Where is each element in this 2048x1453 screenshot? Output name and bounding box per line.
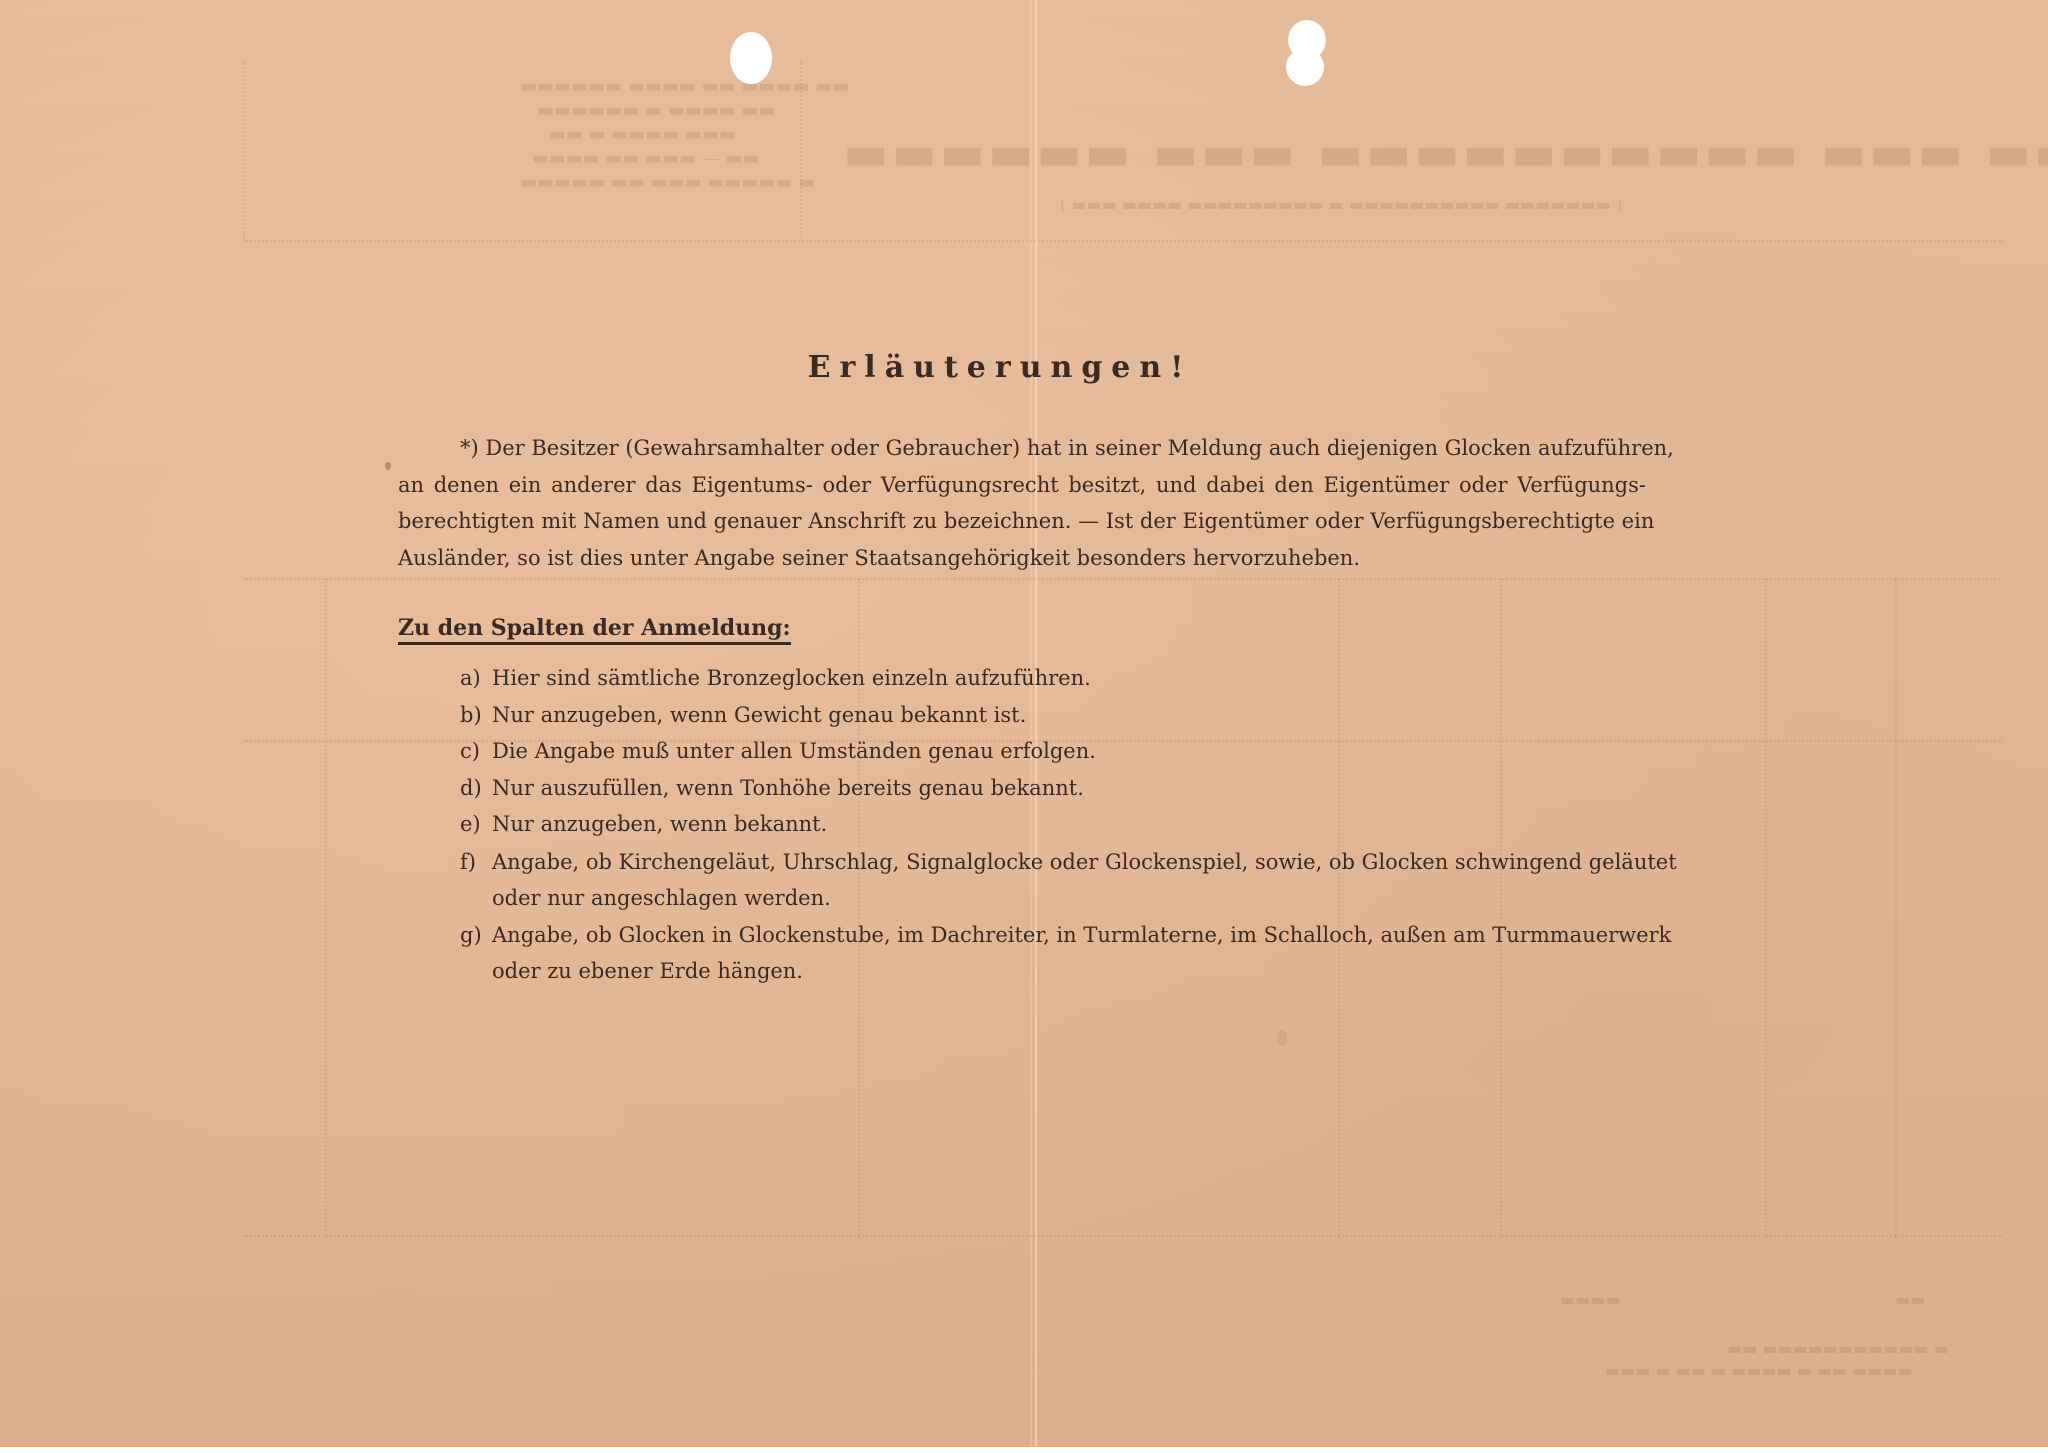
list-item-text: Nur auszufüllen, wenn Tonhöhe bereits ge… — [492, 776, 1084, 800]
list-item: c)Die Angabe muß unter allen Umständen g… — [460, 739, 1096, 763]
bleed-through-header: ▬▬▬▬▬▬ ▬▬▬ ▬▬▬▬▬▬▬▬▬▬ ▬▬▬ ▬▬▬▬▬▬ — [840, 125, 2048, 181]
list-item-label: f) — [460, 850, 492, 874]
bleed-through-footer: ▬▬▬▬ ▬▬ — [1560, 1290, 1925, 1309]
paper-sheet: ▬▬▬▬▬▬ ▬▬▬ ▬▬▬▬▬▬▬▬▬▬ ▬▬▬ ▬▬▬▬▬▬ ( ▬▬▬ ▬… — [0, 0, 2048, 1447]
bleed-through-rule — [1895, 578, 1897, 1238]
paragraph-line: Ausländer, so ist dies unter Angabe sein… — [398, 546, 1646, 570]
bleed-through-rule — [1765, 578, 1767, 1238]
list-item: a)Hier sind sämtliche Bronzeglocken einz… — [460, 666, 1091, 690]
bleed-through-subtitle: ( ▬▬▬ ▬▬▬▬ ▬▬▬▬▬▬▬▬▬ ▬ ▬▬▬▬▬▬▬▬▬▬ ▬▬▬▬▬▬… — [1060, 195, 1622, 214]
list-item-label: e) — [460, 812, 492, 836]
list-item: b)Nur anzugeben, wenn Gewicht genau beka… — [460, 703, 1026, 727]
list-item-label: a) — [460, 666, 492, 690]
punch-hole — [730, 32, 772, 84]
paragraph-line: *) Der Besitzer (Gewahrsamhalter oder Ge… — [460, 436, 1646, 460]
bleed-through-rule — [243, 240, 2003, 242]
fold-crease — [1035, 0, 1037, 1447]
paper-stain — [1277, 1030, 1287, 1046]
list-item-text: Nur anzugeben, wenn Gewicht genau bekann… — [492, 703, 1026, 727]
list-item-text: Angabe, ob Glocken in Glockenstube, im D… — [492, 923, 1645, 947]
bleed-through-rule — [243, 1235, 2003, 1237]
paragraph-line: berechtigten mit Namen und genauer Ansch… — [398, 509, 1646, 533]
paragraph-line: an denen ein anderer das Eigentums- oder… — [398, 473, 1646, 497]
page-title: Erläuterungen! — [0, 350, 2000, 385]
list-item-text: Nur anzugeben, wenn bekannt. — [492, 812, 827, 836]
bleed-through-imprint: ▬▬ ▬▬▬▬▬▬▬▬▬▬▬ ▬▬▬▬ ▬ ▬▬ ▬ ▬▬▬▬ ▬ ▬▬ ▬▬▬… — [1605, 1338, 1949, 1382]
list-item-label: c) — [460, 739, 492, 763]
list-item-label: g) — [460, 923, 492, 947]
list-item: d)Nur auszufüllen, wenn Tonhöhe bereits … — [460, 776, 1084, 800]
list-item-text: Angabe, ob Kirchengeläut, Uhrschlag, Sig… — [492, 850, 1645, 874]
list-item-continuation: oder zu ebener Erde hängen. — [492, 959, 803, 983]
list-item: e)Nur anzugeben, wenn bekannt. — [460, 812, 827, 836]
section-heading: Zu den Spalten der Anmeldung: — [398, 615, 791, 645]
bleed-through-rule — [243, 578, 2003, 580]
bleed-through-rule — [325, 578, 327, 1238]
bleed-through-rule — [1500, 578, 1502, 1238]
paper-stain — [385, 462, 391, 470]
list-item-continuation: oder nur angeschlagen werden. — [492, 886, 831, 910]
bleed-through-rule — [243, 60, 245, 240]
list-item-label: d) — [460, 776, 492, 800]
list-item-text: Die Angabe muß unter allen Umständen gen… — [492, 739, 1096, 763]
list-item: f)Angabe, ob Kirchengeläut, Uhrschlag, S… — [460, 850, 1645, 874]
punch-hole — [1286, 48, 1324, 86]
list-item-text: Hier sind sämtliche Bronzeglocken einzel… — [492, 666, 1091, 690]
list-item-label: b) — [460, 703, 492, 727]
bleed-through-rule — [800, 60, 802, 240]
list-item: g)Angabe, ob Glocken in Glockenstube, im… — [460, 923, 1645, 947]
fold-crease — [1030, 0, 1032, 1447]
bleed-through-rule — [1338, 578, 1340, 1238]
